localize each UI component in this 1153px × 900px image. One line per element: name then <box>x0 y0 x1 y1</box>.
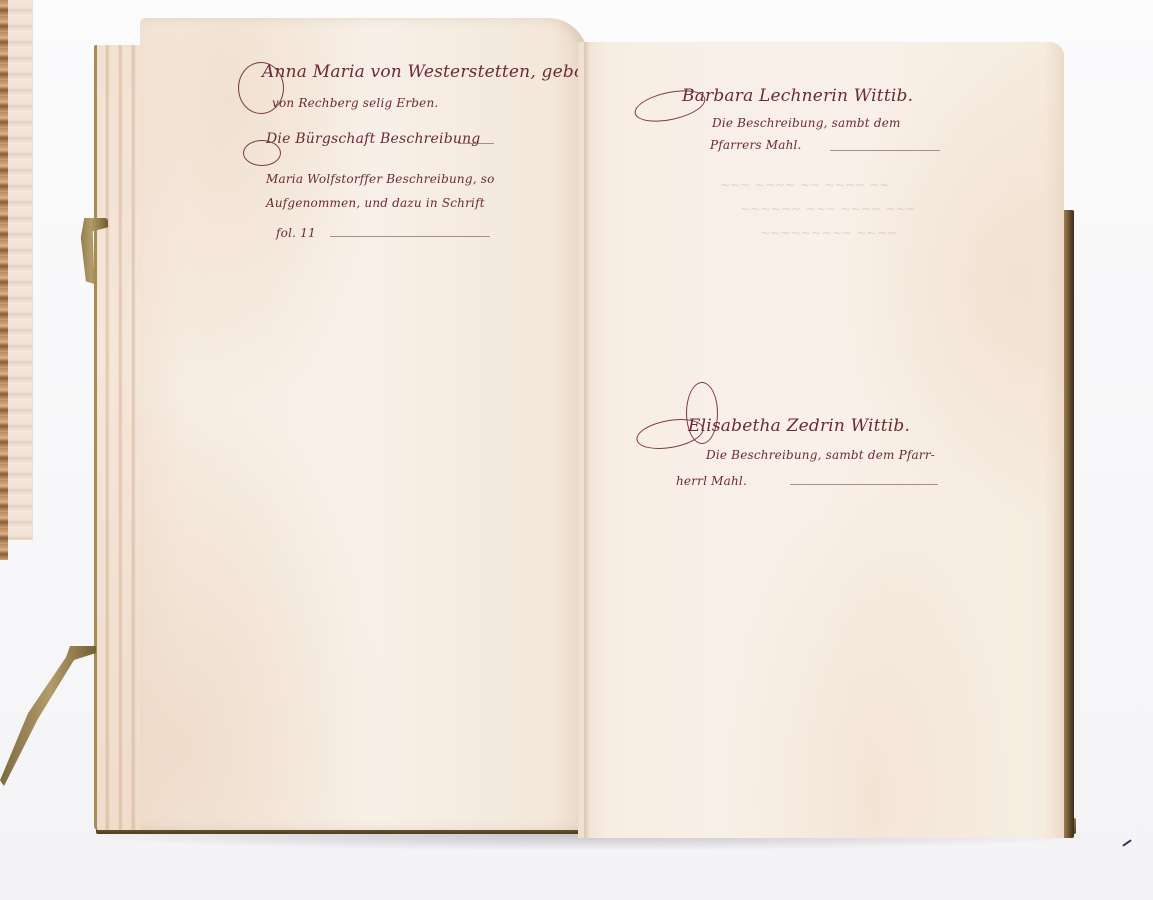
entry-line: Die Beschreibung, sambt dem Pfarr- <box>706 448 935 462</box>
entry-line: von Rechberg selig Erben. <box>272 96 438 110</box>
entry-line: fol. 11 <box>276 226 316 240</box>
entry-line: Maria Wolfstorffer Beschreibung, so <box>266 172 495 186</box>
entry-heading: Anna Maria von Westerstetten, geborene <box>262 62 624 82</box>
entry-line: Die Beschreibung, sambt dem <box>712 116 901 130</box>
bleed-through-text: ~~~~~~ ~~~ ~~~~ ~~~ <box>740 202 916 216</box>
line-filler-rule <box>330 236 490 237</box>
entry-line: herrl Mahl. <box>676 474 747 488</box>
entry-line: Pfarrers Mahl. <box>710 138 802 152</box>
ribbon-bookmark-bottom <box>0 646 100 786</box>
bleed-through-text: ~~~~~~~~~ ~~~~ <box>760 226 897 240</box>
entry-line: Aufgenommen, und dazu in Schrift <box>266 196 485 210</box>
wooden-table-edge <box>0 0 8 560</box>
line-filler-rule <box>790 484 938 485</box>
line-filler-rule <box>830 150 940 151</box>
bleed-through-text: ~~~ ~~~~ ~~ ~~~~ ~~ <box>720 178 890 192</box>
stray-ink-mark <box>1122 839 1131 846</box>
entry-heading: Elisabetha Zedrin Wittib. <box>688 416 910 436</box>
entry-heading: Barbara Lechnerin Wittib. <box>682 86 913 106</box>
manuscript-photo: Anna Maria von Westerstetten, geborene v… <box>0 0 1153 900</box>
wooden-board <box>8 0 33 540</box>
book-gutter <box>584 42 590 838</box>
entry-heading: Die Bürgschaft Beschreibung <box>266 131 480 147</box>
line-filler-rule <box>458 143 494 144</box>
